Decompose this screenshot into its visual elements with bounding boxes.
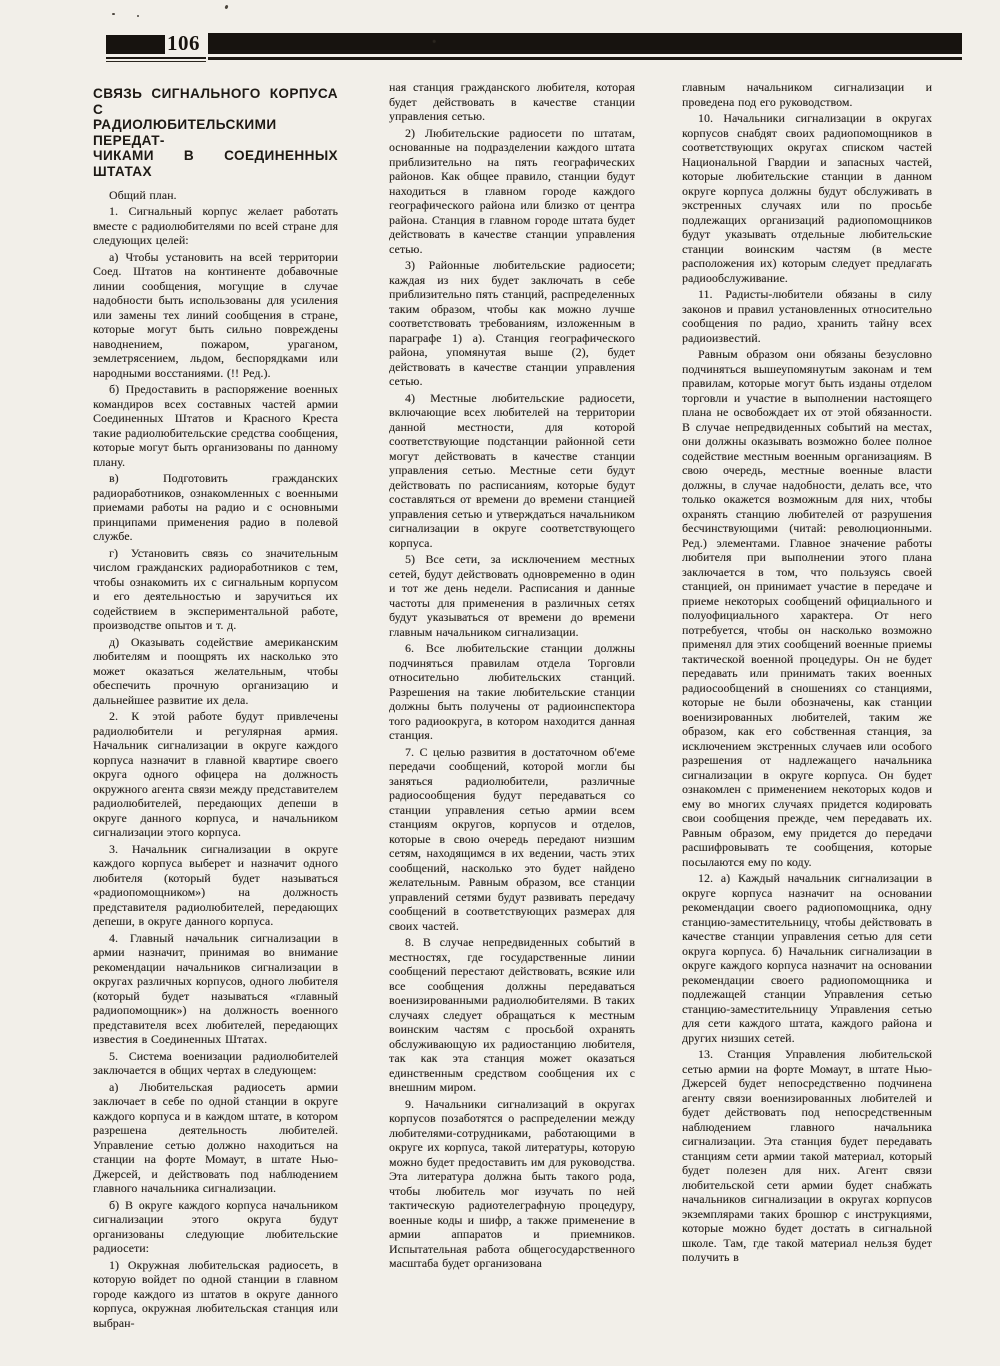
paragraph: 7. С целью развития в достаточном об'еме…	[389, 745, 635, 934]
paragraph: 4) Местные любительские радиосети, включ…	[389, 391, 635, 551]
header-rule-bar	[208, 33, 962, 54]
scan-speck	[224, 5, 228, 10]
paragraph: 11. Радисты-любители обязаны в силу зако…	[682, 287, 932, 345]
article-title-line: СВЯЗЬ СИГНАЛЬНОГО КОРПУСА С	[93, 86, 338, 117]
paragraph-continuation: главным начальником сигнализации и прове…	[682, 80, 932, 109]
article-title-line: РАДИОЛЮБИТЕЛЬСКИМИ ПЕРЕДАТ-	[93, 117, 338, 148]
paragraph: 3) Районные любительские радиосети; кажд…	[389, 258, 635, 389]
paragraph-continuation: ная станция гражданского любителя, котор…	[389, 80, 635, 124]
paragraph: 10. Начальники сигнализации в округах ко…	[682, 111, 932, 285]
paragraph: 13. Станция Управления любительской сеть…	[682, 1047, 932, 1265]
paragraph: 1) Окружная любительская радиосеть, в ко…	[93, 1258, 338, 1331]
paragraph: 5) Все сети, за исключением местных сете…	[389, 552, 635, 639]
column-1: СВЯЗЬ СИГНАЛЬНОГО КОРПУСА С РАДИОЛЮБИТЕЛ…	[93, 80, 338, 1334]
paragraph: 1. Сигнальный корпус желает работать вме…	[93, 204, 338, 248]
paragraph: 2) Любительские радиосети по штатам, осн…	[389, 126, 635, 257]
paragraph: 12. а) Каждый начальник сигнализации в о…	[682, 871, 932, 1045]
scan-speck	[112, 13, 115, 15]
paragraph: 8. В случае непредвиденных событий в мес…	[389, 935, 635, 1095]
paragraph: д) Оказывать содействие американским люб…	[93, 635, 338, 708]
paragraph: б) В округе каждого корпуса начальником …	[93, 1198, 338, 1256]
paragraph: в) Подготовить гражданских радиоработник…	[93, 471, 338, 544]
header-underline-thin	[106, 61, 206, 62]
article-title-line: ЧИКАМИ В СОЕДИНЕННЫХ ШТАТАХ	[93, 148, 338, 179]
paragraph: 4. Главный начальник сигнализации в арми…	[93, 931, 338, 1047]
paragraph: а) Любительская радиосеть армии заключае…	[93, 1080, 338, 1196]
column-2: ная станция гражданского любителя, котор…	[389, 80, 635, 1334]
column-3: главным начальником сигнализации и прове…	[682, 80, 932, 1334]
paragraph: а) Чтобы установить на всей территории С…	[93, 250, 338, 381]
paragraph: 2. К этой работе будут привлечены радиол…	[93, 709, 338, 840]
paragraph: 9. Начальники сигнализаций в округах кор…	[389, 1097, 635, 1271]
paragraph: 3. Начальник сигнализации в округе каждо…	[93, 842, 338, 929]
paragraph: г) Установить связь со значительным числ…	[93, 546, 338, 633]
header-left-bar	[106, 35, 165, 54]
page-number: 106	[167, 31, 207, 55]
paragraph: Равным образом они обязаны безусловно по…	[682, 347, 932, 869]
paragraph: 5. Система военизации радиолюбителей зак…	[93, 1049, 338, 1078]
header-underline-wide	[208, 57, 962, 60]
section-heading: Общий план.	[93, 188, 338, 203]
scan-speck	[137, 15, 139, 17]
scanned-journal-page: 106 СВЯЗЬ СИГНАЛЬНОГО КОРПУСА С РАДИОЛЮБ…	[0, 0, 1000, 1366]
header-underline	[106, 57, 206, 59]
paragraph: б) Предоставить в распоряжение военных к…	[93, 382, 338, 469]
paragraph: 6. Все любительские станции должны подчи…	[389, 641, 635, 743]
article-title: СВЯЗЬ СИГНАЛЬНОГО КОРПУСА С РАДИОЛЮБИТЕЛ…	[93, 86, 338, 180]
